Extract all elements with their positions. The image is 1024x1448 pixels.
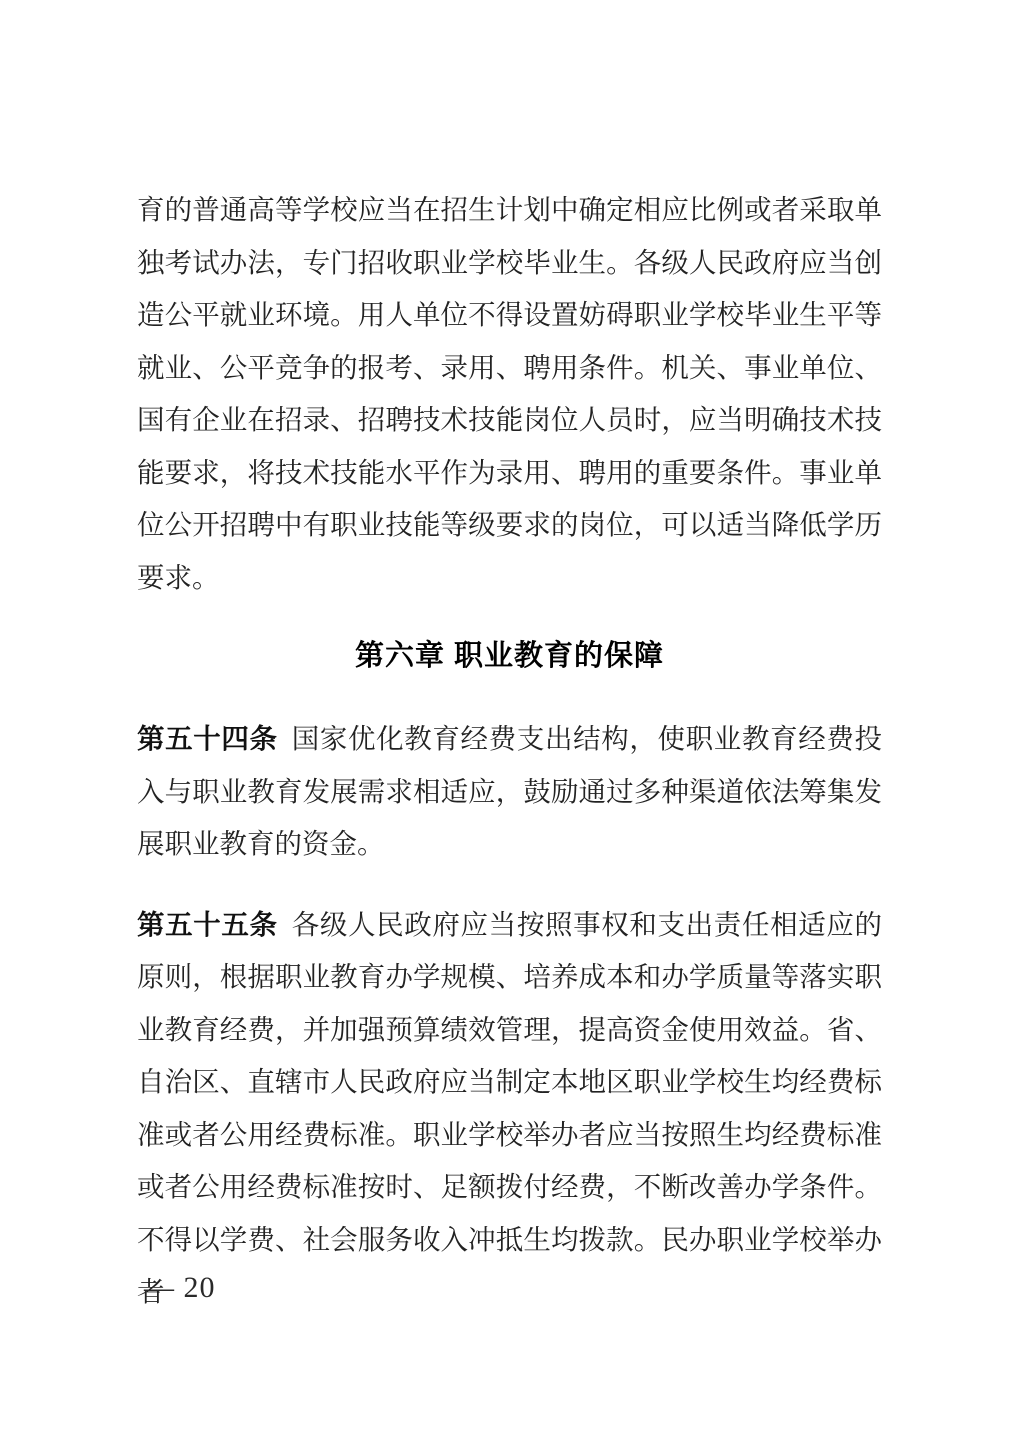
page-number: — 20 bbox=[144, 1270, 216, 1306]
document-page: 育的普通高等学校应当在招生计划中确定相应比例或者采取单独考试办法，专门招收职业学… bbox=[0, 0, 1024, 1448]
article-55-text: 各级人民政府应当按照事权和支出责任相适应的原则，根据职业教育办学规模、培养成本和… bbox=[137, 909, 882, 1308]
document-body: 育的普通高等学校应当在招生计划中确定相应比例或者采取单独考试办法，专门招收职业学… bbox=[137, 184, 882, 1319]
article-54-label: 第五十四条 bbox=[137, 723, 278, 754]
article-55-label: 第五十五条 bbox=[137, 909, 278, 940]
continuation-paragraph: 育的普通高等学校应当在招生计划中确定相应比例或者采取单独考试办法，专门招收职业学… bbox=[137, 184, 882, 604]
article-54-paragraph: 第五十四条国家优化教育经费支出结构，使职业教育经费投入与职业教育发展需求相适应，… bbox=[137, 713, 882, 871]
chapter-heading: 第六章 职业教育的保障 bbox=[137, 630, 882, 683]
article-55-paragraph: 第五十五条各级人民政府应当按照事权和支出责任相适应的原则，根据职业教育办学规模、… bbox=[137, 899, 882, 1319]
